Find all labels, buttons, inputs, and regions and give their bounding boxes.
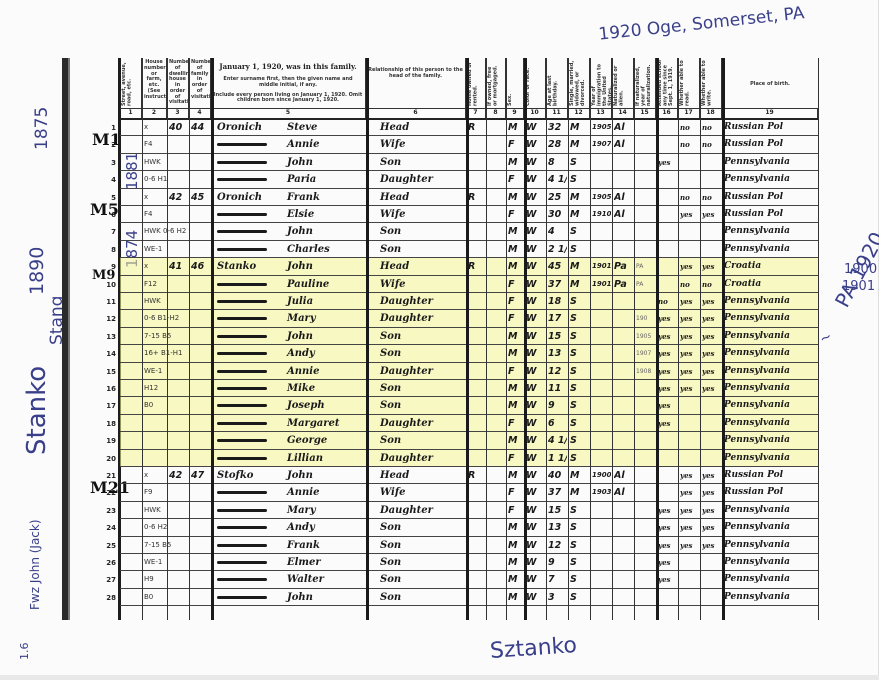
cell-note: PA (636, 276, 655, 293)
given-name: John (287, 592, 313, 603)
cell-family (191, 380, 210, 397)
cell-birthplace: Pennsylvania (724, 571, 817, 588)
line-number: 28 (106, 594, 116, 602)
cell-school: yes (658, 519, 677, 536)
cell-immig (592, 363, 611, 380)
cell-name: Charles (217, 241, 365, 258)
cell-naturalized (614, 363, 633, 380)
cell-immig: 1901 (592, 276, 611, 293)
cell-read: no (680, 136, 699, 153)
table-row: WE-1CharlesSonMW2 1/2SPennsylvania (120, 241, 818, 258)
cell-relation: Daughter (368, 450, 477, 467)
cell-marital: S (570, 345, 589, 362)
cell-family (191, 554, 210, 571)
table-row: 0-6 H2AndySonMW13SyesyesyesPennsylvania (120, 519, 818, 536)
cell-sex: M (508, 571, 523, 588)
cell-tenure (468, 136, 485, 153)
cell-sex: M (508, 519, 523, 536)
row-mark-1: M1 (92, 130, 121, 149)
given-name: Frank (287, 540, 320, 551)
cell-race: W (526, 258, 545, 275)
cell-race: W (526, 554, 545, 571)
cell-read (680, 171, 699, 188)
column-divider (486, 58, 487, 620)
cell-dwelling (169, 502, 188, 519)
cell-write (702, 589, 721, 606)
column-number: 16 (656, 109, 678, 118)
column-divider (524, 58, 527, 620)
line-number: 27 (106, 576, 116, 584)
column-number: 1 (120, 109, 142, 118)
surname (217, 502, 287, 519)
cell-birthplace: Pennsylvania (724, 450, 817, 467)
column-divider (466, 58, 469, 620)
cell-school (658, 171, 677, 188)
header-col14: Naturalized or alien. (612, 58, 634, 108)
cell-race: W (526, 589, 545, 606)
surname-annotation-stanko: Stanko (22, 366, 52, 455)
table-row: WE-1ElmerSonMW9SyesPennsylvania (120, 554, 818, 571)
cell-read: yes (680, 206, 699, 223)
cell-marital: S (570, 223, 589, 240)
line-number: 26 (106, 559, 116, 567)
cell-relation: Son (368, 571, 477, 588)
cell-tenure: R (468, 119, 485, 136)
cell-dwelling (169, 397, 188, 414)
column-divider (189, 58, 190, 620)
cell-immig (592, 345, 611, 362)
cell-marital: S (570, 154, 589, 171)
given-name: Lillian (287, 453, 323, 464)
cell-naturalized (614, 241, 633, 258)
surname (217, 571, 287, 588)
cell-school: yes (658, 328, 677, 345)
table-row: WE-1AnnieDaughterFW12S1908yesyesyesPenns… (120, 363, 818, 380)
cell-age: 2 1/2 (548, 241, 567, 258)
cell-family: 45 (191, 189, 210, 206)
line-number: 20 (106, 455, 116, 463)
cell-sex: F (508, 484, 523, 501)
cell-dwelling (169, 571, 188, 588)
cell-birthplace: Pennsylvania (724, 589, 817, 606)
year-annotation-1875: 1875 (32, 107, 52, 150)
cell-write (702, 171, 721, 188)
cell-tenure (468, 223, 485, 240)
cell-dwelling (169, 415, 188, 432)
given-name: George (287, 435, 327, 446)
cell-naturalized (614, 415, 633, 432)
surname (217, 363, 287, 380)
cell-immig (592, 223, 611, 240)
cell-dwelling: 42 (169, 467, 188, 484)
cell-dwelling (169, 136, 188, 153)
cell-dwelling: 40 (169, 119, 188, 136)
cell-sex: F (508, 293, 523, 310)
cell-immig (592, 571, 611, 588)
cell-tenure (468, 154, 485, 171)
cell-relation: Head (368, 467, 477, 484)
surname (217, 310, 287, 327)
given-name: Andy (287, 522, 315, 533)
scanner-edge (0, 675, 879, 680)
cell-immig: 1905 (592, 119, 611, 136)
cell-marital: S (570, 293, 589, 310)
cell-name: John (217, 223, 365, 240)
cell-marital: S (570, 432, 589, 449)
cell-read: yes (680, 293, 699, 310)
cell-sex: M (508, 189, 523, 206)
cell-birthplace: Pennsylvania (724, 380, 817, 397)
cell-name: OronichFrank (217, 189, 365, 206)
header-col1: Street, avenue, road, etc. (120, 58, 142, 108)
cell-sex: F (508, 206, 523, 223)
cell-family (191, 171, 210, 188)
cell-sex: M (508, 119, 523, 136)
cell-family: 46 (191, 258, 210, 275)
cell-age: 37 (548, 484, 567, 501)
cell-naturalized (614, 328, 633, 345)
cell-race: W (526, 206, 545, 223)
column-number: 12 (568, 109, 590, 118)
cell-age: 9 (548, 397, 567, 414)
cell-family (191, 484, 210, 501)
cell-school (658, 589, 677, 606)
cell-family (191, 276, 210, 293)
cell-birthplace: Russian Pol (724, 136, 817, 153)
cell-relation: Son (368, 432, 477, 449)
cell-write (702, 223, 721, 240)
cell-naturalized (614, 571, 633, 588)
given-name: Margaret (287, 418, 340, 429)
cell-write (702, 554, 721, 571)
cell-dwelling (169, 171, 188, 188)
cell-marital: M (570, 189, 589, 206)
cell-tenure (468, 502, 485, 519)
surname (217, 537, 287, 554)
column-number: 17 (678, 109, 700, 118)
given-name: Annie (287, 366, 319, 377)
cell-name: Elmer (217, 554, 365, 571)
line-number: 17 (106, 402, 116, 410)
cell-tenure (468, 450, 485, 467)
cell-marital: S (570, 415, 589, 432)
header-col12: Single, married, widowed, or divorced. (568, 58, 590, 108)
cell-immig (592, 415, 611, 432)
header-col10: Color or race. (524, 58, 546, 108)
given-name: Andy (287, 348, 315, 359)
cell-tenure (468, 537, 485, 554)
cell-family (191, 241, 210, 258)
cell-school (658, 432, 677, 449)
cell-birthplace: Russian Pol (724, 189, 817, 206)
cell-sex: M (508, 223, 523, 240)
cell-birthplace: Pennsylvania (724, 154, 817, 171)
cell-dwelling (169, 519, 188, 536)
given-name: Elmer (287, 557, 321, 568)
cell-marital: S (570, 380, 589, 397)
cell-tenure (468, 293, 485, 310)
cell-age: 1 1/2 (548, 450, 567, 467)
column-number: 14 (612, 109, 634, 118)
cell-relation: Son (368, 554, 477, 571)
cell-race: W (526, 363, 545, 380)
cell-name: Lillian (217, 450, 365, 467)
cell-write: yes (702, 258, 721, 275)
cell-relation: Daughter (368, 171, 477, 188)
cell-note: 1905 (636, 328, 655, 345)
table-row: HWKJuliaDaughterFW18SnoyesyesPennsylvani… (120, 293, 818, 310)
year-annotation-1900: 1900 (844, 262, 877, 277)
cell-name: John (217, 589, 365, 606)
table-row: HWKJohnSonMW8SyesPennsylvania (120, 154, 818, 171)
cell-school: yes (658, 363, 677, 380)
cell-naturalized (614, 293, 633, 310)
cell-relation: Head (368, 119, 477, 136)
header-col11: Age at last birthday. (546, 58, 568, 108)
cell-naturalized (614, 589, 633, 606)
cell-dwelling (169, 450, 188, 467)
table-row: LillianDaughterFW1 1/2SPennsylvania (120, 450, 818, 467)
cell-name: Elsie (217, 206, 365, 223)
cell-dwelling (169, 293, 188, 310)
cell-marital: S (570, 328, 589, 345)
column-number: 8 (486, 109, 506, 118)
line-number: 7 (111, 228, 116, 236)
cell-read: yes (680, 484, 699, 501)
column-divider (590, 58, 591, 620)
surname (217, 345, 287, 362)
cell-birthplace: Pennsylvania (724, 554, 817, 571)
cell-dwelling (169, 554, 188, 571)
cell-sex: M (508, 328, 523, 345)
cell-naturalized: Pa (614, 276, 633, 293)
cell-marital: M (570, 136, 589, 153)
header-col7: Home owned or rented. (466, 58, 486, 108)
cell-age: 4 1/2 (548, 432, 567, 449)
cell-race: W (526, 502, 545, 519)
cell-dwelling (169, 589, 188, 606)
cell-birthplace: Pennsylvania (724, 502, 817, 519)
cell-dwelling (169, 223, 188, 240)
cell-read (680, 571, 699, 588)
cell-name: Annie (217, 363, 365, 380)
cell-immig: 1901 (592, 258, 611, 275)
cell-naturalized: Al (614, 136, 633, 153)
cell-relation: Son (368, 241, 477, 258)
cell-immig (592, 380, 611, 397)
column-number: 19 (722, 109, 818, 118)
header-col9: Sex. (506, 58, 524, 108)
cell-marital: S (570, 397, 589, 414)
cell-sex: M (508, 432, 523, 449)
cell-naturalized (614, 537, 633, 554)
cell-marital: S (570, 171, 589, 188)
header-col2: House number or farm, etc. (See instruct… (142, 58, 167, 108)
cell-note: 190 (636, 310, 655, 327)
cell-sex: F (508, 450, 523, 467)
cell-age: 6 (548, 415, 567, 432)
cell-school: yes (658, 397, 677, 414)
cell-dwelling (169, 363, 188, 380)
cell-relation: Son (368, 154, 477, 171)
cell-marital: M (570, 119, 589, 136)
table-row: F12PaulineWifeFW37M1901PaPAnonoCroatia (120, 276, 818, 293)
cell-dwelling: 42 (169, 189, 188, 206)
cell-school: no (658, 293, 677, 310)
surname (217, 136, 287, 153)
column-divider (700, 58, 701, 620)
column-number: 18 (700, 109, 722, 118)
cell-write: yes (702, 345, 721, 362)
cell-immig (592, 432, 611, 449)
cell-write: yes (702, 206, 721, 223)
line-number: 25 (106, 542, 116, 550)
column-divider (678, 58, 679, 620)
cell-name: George (217, 432, 365, 449)
table-row: GeorgeSonMW4 1/2SPennsylvania (120, 432, 818, 449)
cell-relation: Daughter (368, 502, 477, 519)
cell-sex: F (508, 415, 523, 432)
cell-sex: F (508, 363, 523, 380)
table-row: B0JohnSonMW3SPennsylvania (120, 589, 818, 606)
cell-dwelling: 41 (169, 258, 188, 275)
column-number: 11 (546, 109, 568, 118)
table-row: H9WalterSonMW7SyesPennsylvania (120, 571, 818, 588)
cell-dwelling (169, 241, 188, 258)
cell-school (658, 136, 677, 153)
table-row: HWK 0-6 H2JohnSonMW4SPennsylvania (120, 223, 818, 240)
cell-tenure (468, 397, 485, 414)
column-number: 5 (211, 109, 366, 118)
cell-note: 1908 (636, 363, 655, 380)
cell-name: Andy (217, 519, 365, 536)
cell-school (658, 189, 677, 206)
cell-race: W (526, 293, 545, 310)
column-divider (568, 58, 569, 620)
cell-write: yes (702, 519, 721, 536)
cell-family (191, 136, 210, 153)
given-name: Mike (287, 383, 315, 394)
header-col6: Relationship of this person to the head … (366, 58, 466, 108)
column-divider (546, 58, 547, 620)
table-row: x4245OronichFrankHeadRMW25M1905AlnonoRus… (120, 189, 818, 206)
surname (217, 241, 287, 258)
cell-write: yes (702, 502, 721, 519)
cell-race: W (526, 241, 545, 258)
cell-naturalized: Pa (614, 258, 633, 275)
cell-dwelling (169, 328, 188, 345)
cell-read (680, 450, 699, 467)
cell-race: W (526, 415, 545, 432)
line-number: 14 (106, 350, 116, 358)
cell-read: no (680, 189, 699, 206)
cell-dwelling (169, 380, 188, 397)
line-number: 23 (106, 507, 116, 515)
column-number: 3 (167, 109, 189, 118)
cell-school: yes (658, 310, 677, 327)
table-row: B0JosephSonMW9SyesPennsylvania (120, 397, 818, 414)
cell-sex: F (508, 171, 523, 188)
cell-school (658, 467, 677, 484)
cell-birthplace: Croatia (724, 276, 817, 293)
cell-birthplace: Russian Pol (724, 206, 817, 223)
cell-read: yes (680, 380, 699, 397)
cell-relation: Daughter (368, 310, 477, 327)
cell-immig (592, 293, 611, 310)
cell-write (702, 450, 721, 467)
given-name: Mary (287, 313, 316, 324)
column-number: 7 (466, 109, 486, 118)
cell-race: W (526, 136, 545, 153)
given-name: Annie (287, 139, 319, 150)
cell-family (191, 328, 210, 345)
cell-school: yes (658, 345, 677, 362)
cell-name: John (217, 328, 365, 345)
cell-family (191, 415, 210, 432)
cell-age: 12 (548, 363, 567, 380)
cell-immig (592, 310, 611, 327)
cell-name: Annie (217, 484, 365, 501)
line-number: 18 (106, 420, 116, 428)
line-number: 13 (106, 333, 116, 341)
cell-immig (592, 519, 611, 536)
cell-dwelling (169, 206, 188, 223)
cell-naturalized (614, 397, 633, 414)
cell-race: W (526, 484, 545, 501)
header-col15: If naturalized, year of naturalization. (634, 58, 656, 108)
cell-race: W (526, 310, 545, 327)
cell-naturalized (614, 432, 633, 449)
cell-naturalized (614, 554, 633, 571)
surname: Oronich (217, 189, 287, 206)
cell-naturalized: Al (614, 467, 633, 484)
surname (217, 380, 287, 397)
cell-naturalized (614, 345, 633, 362)
surname: Stanko (217, 258, 287, 275)
line-number: 8 (111, 246, 116, 254)
cell-read: yes (680, 363, 699, 380)
line-number: 15 (106, 368, 116, 376)
cell-name: Joseph (217, 397, 365, 414)
line-number: 4 (111, 176, 116, 184)
cell-tenure (468, 345, 485, 362)
table-row: F9AnnieWifeFW37M1903AlyesyesRussian Pol (120, 484, 818, 501)
cell-immig: 1905 (592, 189, 611, 206)
cell-marital: M (570, 206, 589, 223)
surname (217, 484, 287, 501)
cell-school (658, 241, 677, 258)
cell-read: yes (680, 537, 699, 554)
cell-sex: M (508, 397, 523, 414)
cell-dwelling (169, 484, 188, 501)
header-col17: Whether able to read. (678, 58, 700, 108)
surname: Stofko (217, 467, 287, 484)
header-col13: Year of immigration to the United States… (590, 58, 612, 108)
column-divider (366, 58, 369, 620)
cell-note: PA (636, 258, 655, 275)
cell-read (680, 554, 699, 571)
given-name: Elsie (287, 209, 314, 220)
column-divider (142, 58, 143, 620)
cell-race: W (526, 571, 545, 588)
surname (217, 293, 287, 310)
table-row: 16+ B1-H1AndySonMW13S1907yesyesyesPennsy… (120, 345, 818, 362)
cell-tenure (468, 241, 485, 258)
table-row: x4044OronichSteveHeadRMW32M1905AlnonoRus… (120, 119, 818, 136)
cell-race: W (526, 450, 545, 467)
cell-write: yes (702, 328, 721, 345)
line-number: 16 (106, 385, 116, 393)
